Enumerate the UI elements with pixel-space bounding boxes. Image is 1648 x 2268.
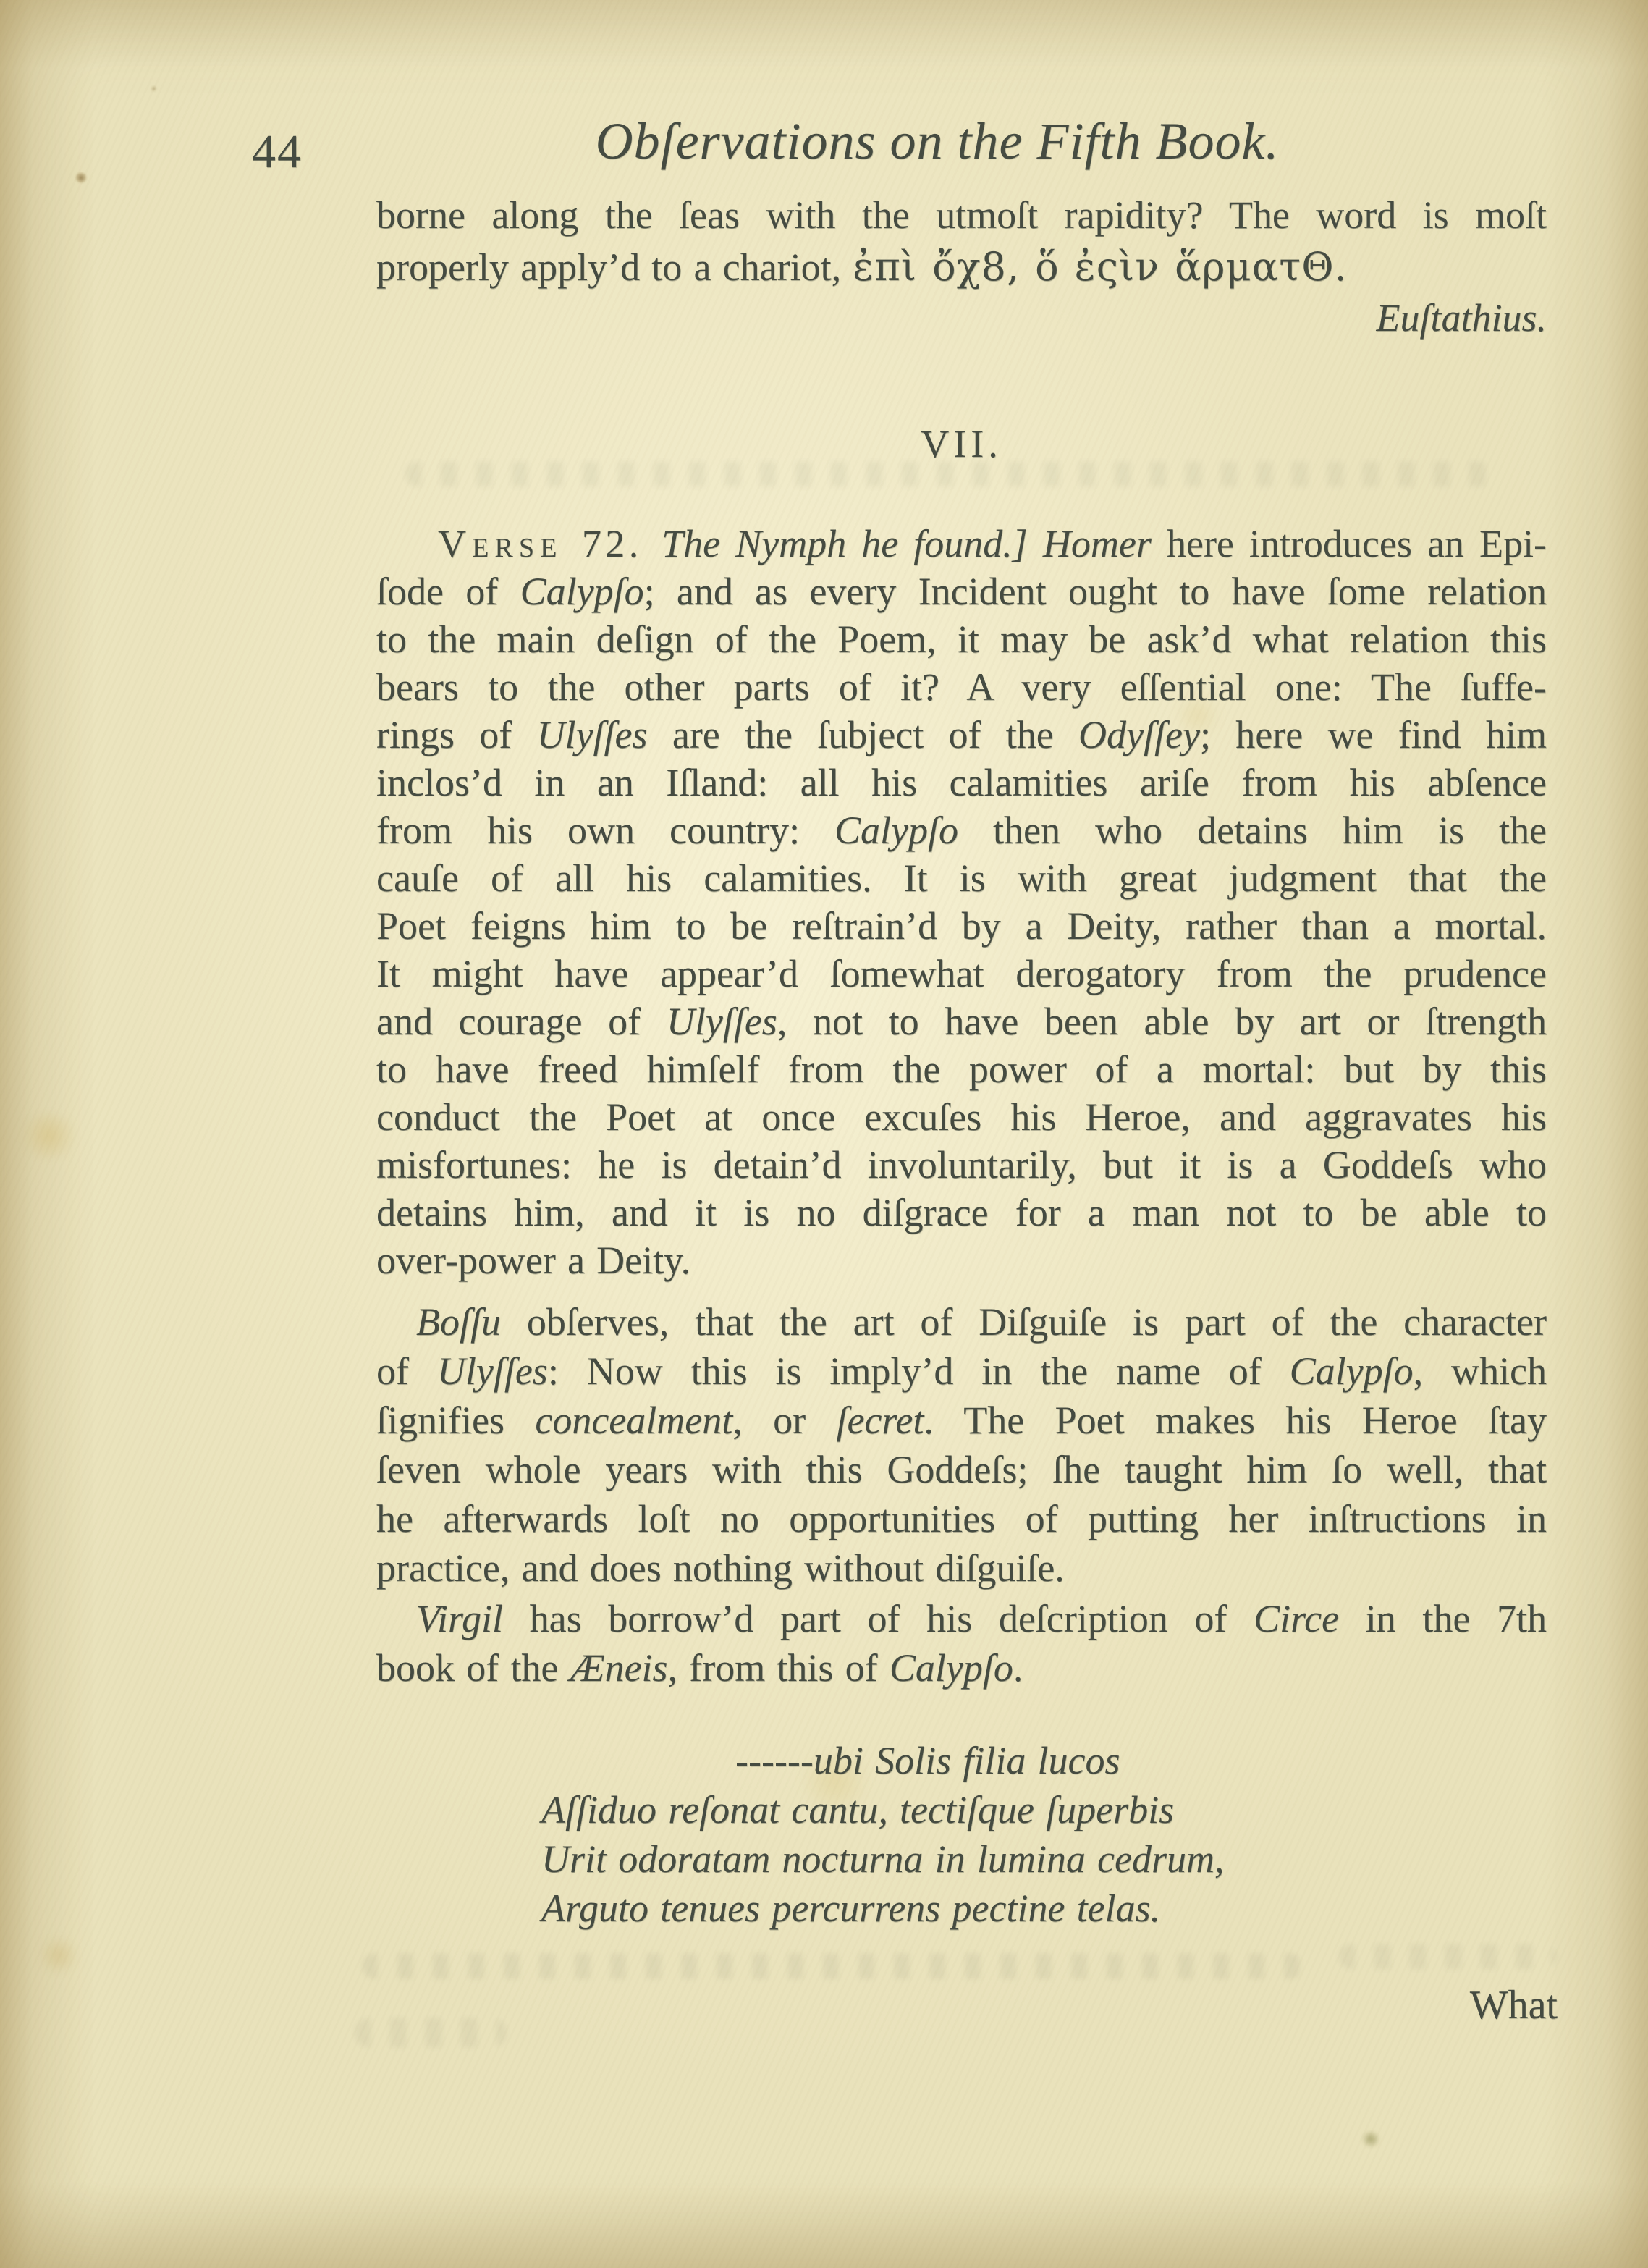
text-segment: ; here we find him — [1200, 713, 1547, 756]
text-segment: Ulyſſes — [537, 713, 648, 756]
paragraph: borne along the ſeas with the utmoſt rap… — [376, 190, 1547, 344]
text-segment: Calypſo — [834, 809, 958, 852]
text-segment: ἐπὶ ὄχ8, ὅ ἐςὶν ἅρματΘ. — [853, 244, 1348, 290]
text-segment: practice, and does nothing without diſgu… — [376, 1546, 1065, 1590]
text-segment: Virgil — [416, 1597, 503, 1640]
text-segment: conduct the Poet at once excuſes his Her… — [376, 1095, 1547, 1139]
text-line: Euſtathius. — [376, 292, 1547, 344]
text-segment: ſeven whole years with this Goddeſs; ſhe… — [376, 1448, 1547, 1491]
text-segment: to the main deſign of the Poem, it may b… — [376, 617, 1547, 661]
text-line: ſeven whole years with this Goddeſs; ſhe… — [376, 1445, 1547, 1494]
text-line: from his own country: Calypſo then who d… — [376, 806, 1547, 854]
text-line: ſignifies concealment, or ſecret. The Po… — [376, 1396, 1547, 1445]
text-line: misfortunes: he is detain’d involuntaril… — [376, 1141, 1547, 1189]
text-segment: here introduces an Epi- — [1152, 522, 1547, 565]
text-segment: to have freed himſelf from the power of … — [376, 1047, 1547, 1091]
text-segment: . The Poet makes his Heroe ſtay — [924, 1399, 1547, 1442]
text-segment: and courage of — [376, 1000, 667, 1043]
text-segment: from his own country: — [376, 809, 834, 852]
text-segment: Poet feigns him to be reſtrain’d by a De… — [376, 904, 1547, 948]
text-segment: Calypſo — [1290, 1349, 1414, 1393]
text-segment: book of the — [376, 1646, 570, 1690]
text-line: practice, and does nothing without diſgu… — [376, 1543, 1547, 1593]
text-segment: ------ubi Solis filia lucos — [735, 1739, 1120, 1782]
show-through-ghost — [1339, 1944, 1556, 1969]
text-segment: Circe — [1254, 1597, 1339, 1640]
text-segment: The Nymph he found.] Homer — [662, 522, 1152, 565]
text-line: and courage of Ulyſſes, not to have been… — [376, 998, 1547, 1045]
catchword: What — [376, 1981, 1558, 2030]
text-segment: Ulyſſes — [437, 1349, 548, 1393]
paragraph: Verse 72. The Nymph he found.] Homer her… — [376, 520, 1547, 1284]
text-line: bears to the other parts of it? A very e… — [376, 663, 1547, 711]
text-segment: ſignifies — [376, 1399, 535, 1442]
show-through-ghost — [362, 1953, 1303, 1979]
fox-spot — [1361, 2131, 1381, 2147]
text-segment: Calypſo — [520, 570, 644, 613]
text-segment: 72. — [562, 522, 662, 565]
text-segment: concealment — [535, 1399, 732, 1442]
text-segment: Calypſo — [890, 1646, 1013, 1690]
text-segment: Aſſiduo reſonat cantu, tectiſque ſuperbi… — [541, 1788, 1174, 1831]
text-segment: of — [376, 1349, 437, 1393]
text-segment: borne along the ſeas with the utmoſt rap… — [376, 193, 1547, 237]
text-segment: Boſſu — [416, 1300, 501, 1344]
text-line: rings of Ulyſſes are the ſubject of the … — [376, 711, 1547, 759]
running-head: Obſervations on the Fifth Book. — [355, 109, 1520, 174]
text-line: Urit odoratam nocturna in lumina cedrum, — [541, 1834, 1555, 1884]
text-segment: ſode of — [376, 570, 520, 613]
text-line: of Ulyſſes: Now this is imply’d in the n… — [376, 1346, 1547, 1396]
latin-verse: ------ubi Solis filia lucosAſſiduo reſon… — [541, 1736, 1555, 1933]
text-segment: ſecret — [836, 1399, 924, 1442]
text-segment: : Now this is imply’d in the name of — [548, 1349, 1290, 1393]
text-line: borne along the ſeas with the utmoſt rap… — [376, 190, 1547, 241]
text-line: to have freed himſelf from the power of … — [376, 1045, 1547, 1093]
text-segment: over-power a Deity. — [376, 1239, 690, 1282]
section-heading: VII. — [376, 418, 1547, 469]
text-line: Arguto tenues percurrens pectine telas. — [541, 1884, 1555, 1933]
text-segment: Euſtathius. — [1376, 296, 1547, 340]
text-line: Boſſu obſerves, that the art of Diſguiſe… — [376, 1297, 1547, 1346]
text-line: to the main deſign of the Poem, it may b… — [376, 615, 1547, 663]
text-segment: It might have appear’d ſomewhat derogato… — [376, 952, 1547, 995]
text-line: Aſſiduo reſonat cantu, tectiſque ſuperbi… — [541, 1785, 1555, 1834]
text-line: Verse 72. The Nymph he found.] Homer her… — [376, 520, 1547, 568]
paper-stain — [38, 1937, 80, 1973]
text-segment: rings of — [376, 713, 537, 756]
text-segment: misfortunes: he is detain’d involuntaril… — [376, 1143, 1547, 1186]
text-line: conduct the Poet at once excuſes his Her… — [376, 1093, 1547, 1141]
text-segment: Urit odoratam nocturna in lumina cedrum, — [541, 1837, 1224, 1881]
text-line: cauſe of all his calamities. It is with … — [376, 854, 1547, 902]
text-line: ------ubi Solis filia lucos — [541, 1736, 1555, 1785]
text-line: properly apply’d to a chariot, ἐπὶ ὄχ8, … — [376, 241, 1547, 292]
text-segment: in the 7th — [1339, 1597, 1547, 1640]
text-segment: properly apply’d to a chariot, — [376, 245, 853, 289]
text-segment: ; and as every Incident ought to have ſo… — [644, 570, 1547, 613]
text-segment: , which — [1414, 1349, 1547, 1393]
text-line: It might have appear’d ſomewhat derogato… — [376, 950, 1547, 998]
text-segment: . — [1013, 1646, 1023, 1690]
paragraph: Boſſu obſerves, that the art of Diſguiſe… — [376, 1297, 1547, 1593]
text-segment: inclos’d in an Iſland: all his calamitie… — [376, 761, 1547, 804]
text-line: ſode of Calypſo; and as every Incident o… — [376, 568, 1547, 615]
text-segment: detains him, and it is no diſgrace for a… — [376, 1191, 1547, 1234]
text-segment: has borrow’d part of his deſcription of — [503, 1597, 1254, 1640]
fox-spot — [151, 85, 157, 92]
text-line: Virgil has borrow’d part of his deſcript… — [376, 1594, 1547, 1643]
text-segment: then who detains him is the — [958, 809, 1547, 852]
paper-stain — [19, 1113, 80, 1158]
text-line: over-power a Deity. — [376, 1236, 1547, 1284]
text-segment: Æneis — [570, 1646, 668, 1690]
book-page: 44 Obſervations on the Fifth Book. VII. … — [0, 0, 1648, 2268]
text-segment: , or — [732, 1399, 836, 1442]
text-segment: Arguto tenues percurrens pectine telas. — [541, 1887, 1160, 1930]
text-line: detains him, and it is no diſgrace for a… — [376, 1189, 1547, 1236]
text-segment: Ulyſſes — [667, 1000, 777, 1043]
text-segment: , not to have been able by art or ſtreng… — [777, 1000, 1547, 1043]
text-segment: obſerves, that the art of Diſguiſe is pa… — [501, 1300, 1547, 1344]
text-line: Poet feigns him to be reſtrain’d by a De… — [376, 902, 1547, 950]
text-line: inclos’d in an Iſland: all his calamitie… — [376, 759, 1547, 806]
fox-spot — [75, 172, 87, 183]
text-segment: , from this of — [668, 1646, 890, 1690]
paragraph: Virgil has borrow’d part of his deſcript… — [376, 1594, 1547, 1692]
text-segment: Odyſſey — [1078, 713, 1200, 756]
text-line: book of the Æneis, from this of Calypſo. — [376, 1643, 1547, 1692]
text-segment: Verse — [438, 522, 562, 565]
text-line: he afterwards loſt no opportunities of p… — [376, 1494, 1547, 1543]
text-segment: cauſe of all his calamities. It is with … — [376, 856, 1547, 900]
text-segment: are the ſubject of the — [648, 713, 1079, 756]
text-segment: he afterwards loſt no opportunities of p… — [376, 1497, 1547, 1540]
page-number: 44 — [252, 123, 303, 181]
text-segment: bears to the other parts of it? A very e… — [376, 665, 1547, 709]
